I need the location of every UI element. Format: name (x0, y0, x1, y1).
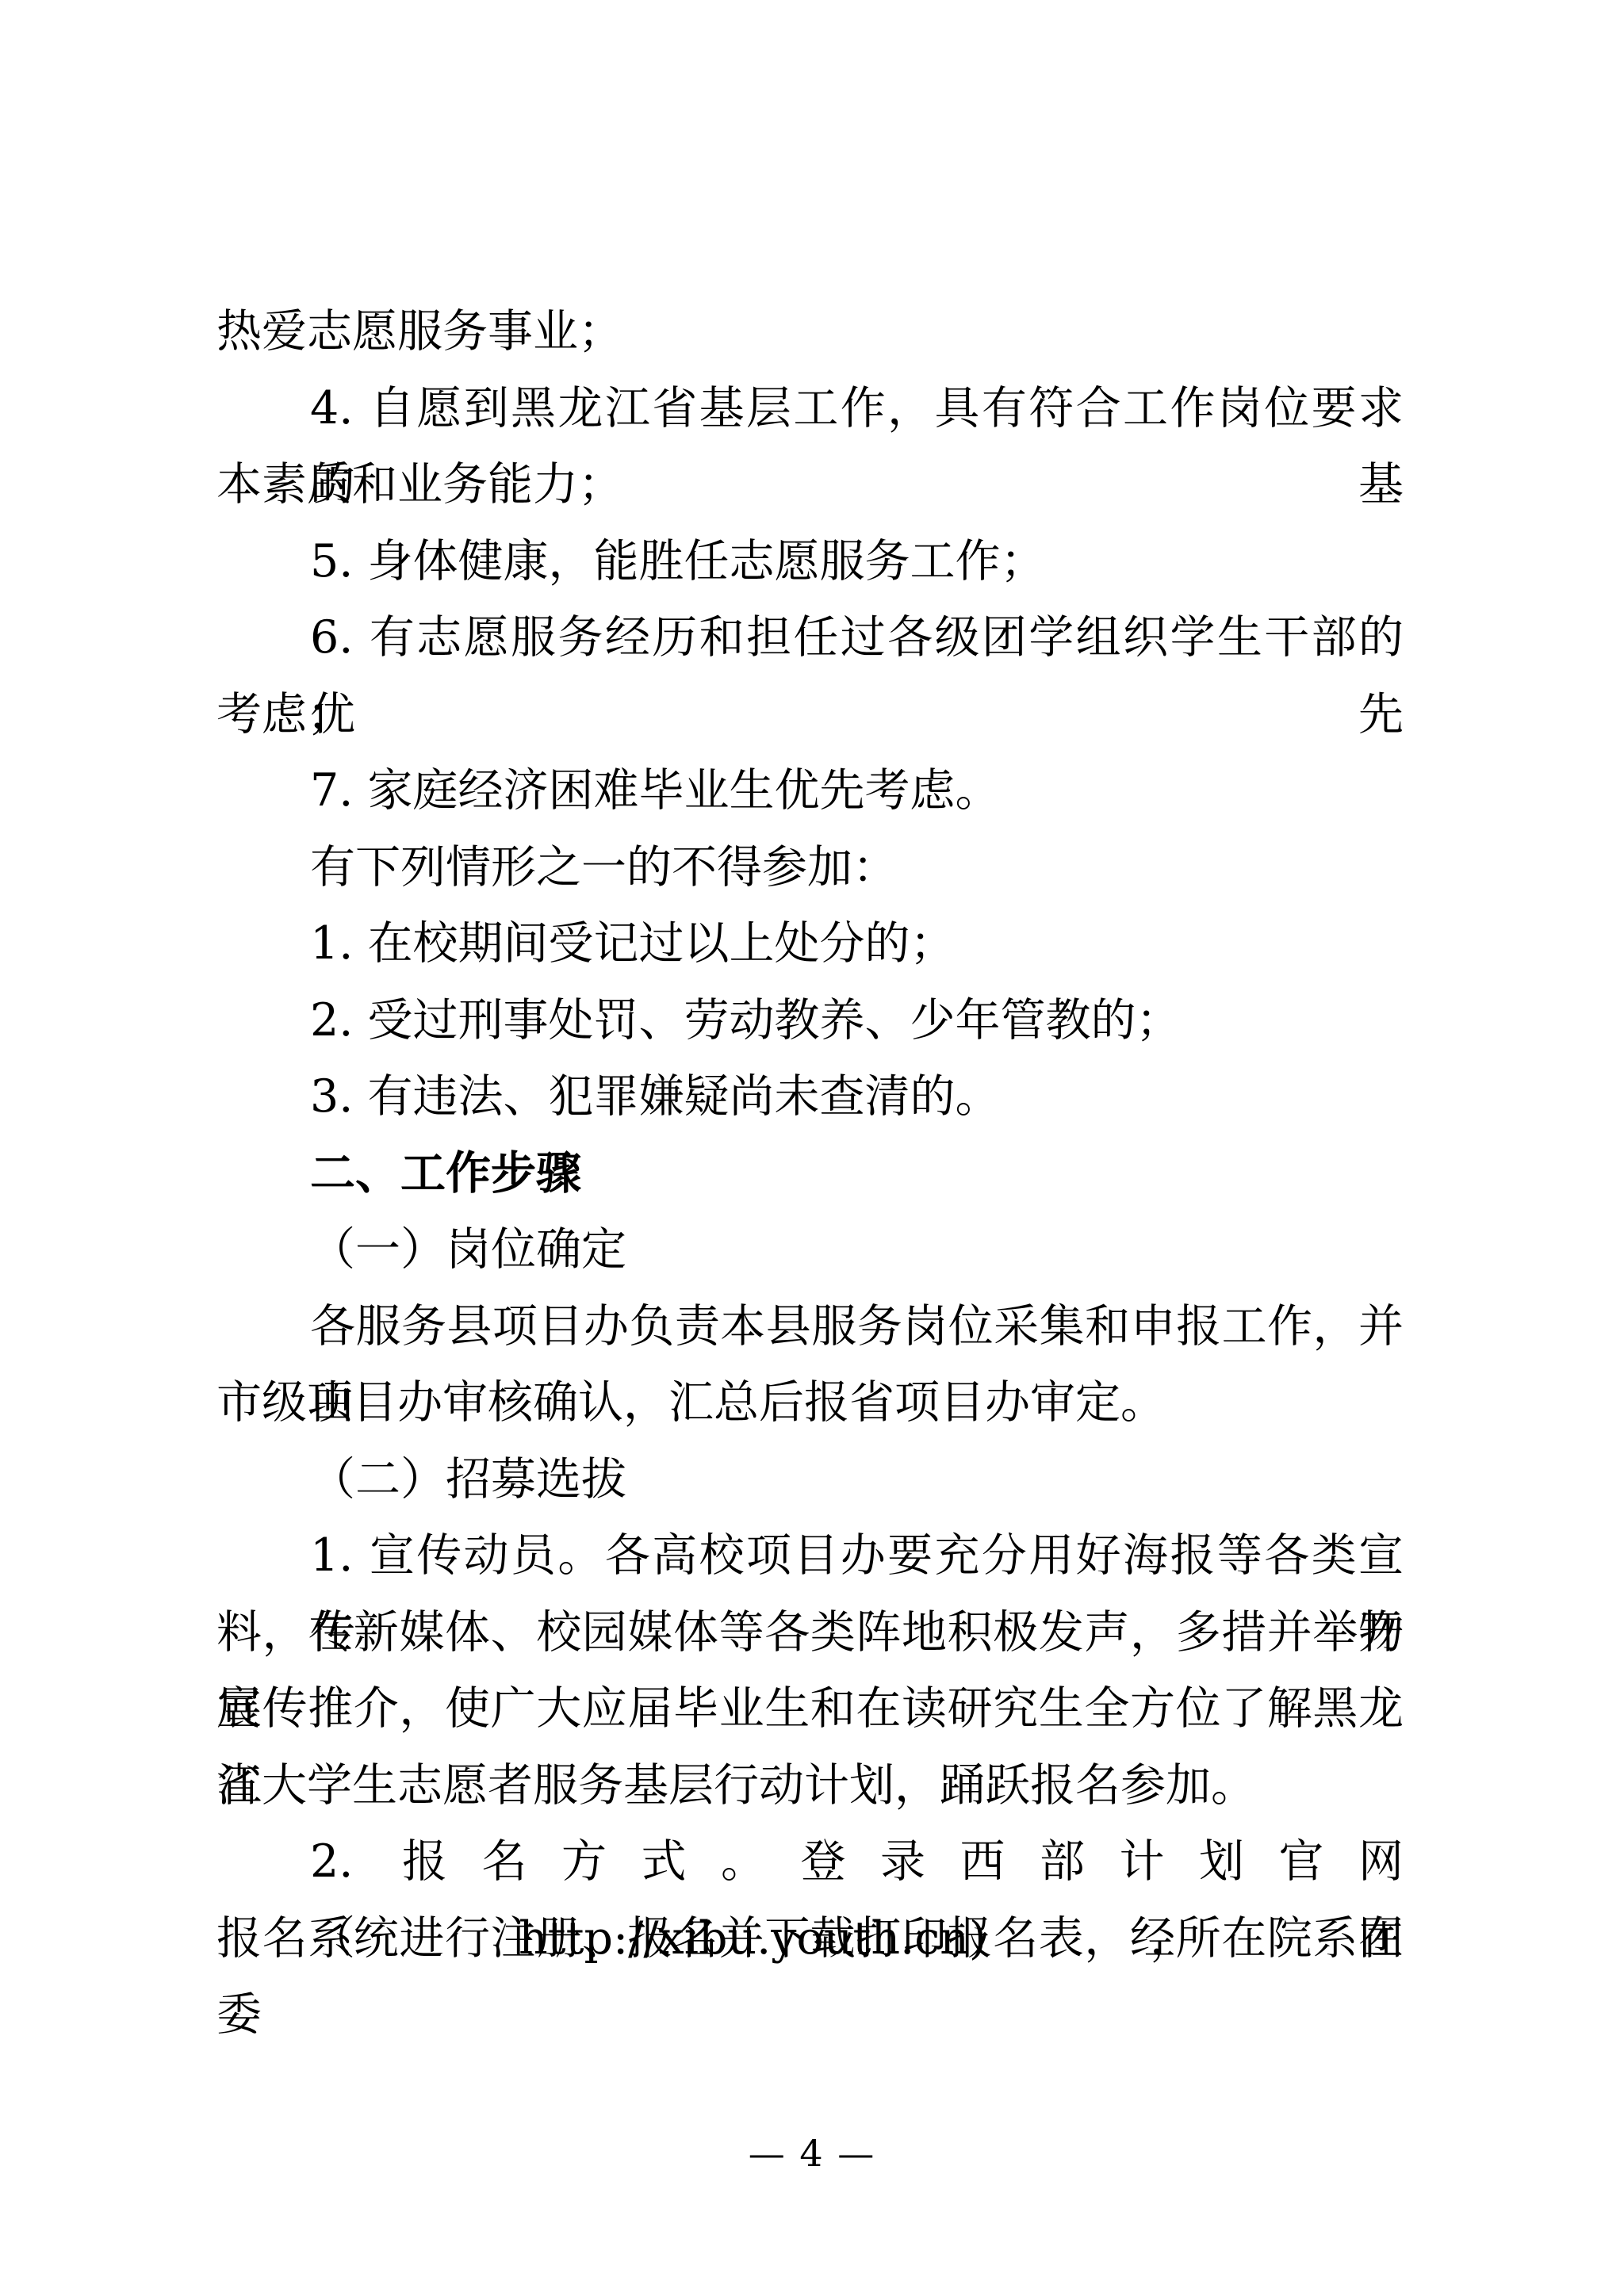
list-item-3: 3. 有违法、犯罪嫌疑尚未查清的。 (216, 1058, 1404, 1135)
list-item-4: 4. 自愿到黑龙江省基层工作，具有符合工作岗位要求的基 (216, 370, 1404, 447)
list-item-6: 6. 有志愿服务经历和担任过各级团学组织学生干部的优先 (216, 599, 1404, 676)
page-number: — 4 — (0, 2135, 1624, 2172)
body-line-continuation: 市级项目办审核确认，汇总后报省项目办审定。 (216, 1364, 1404, 1441)
list-item-1: 1. 宣传动员。各高校项目办要充分用好海报等各类宣传物 (216, 1517, 1404, 1594)
list-item-7: 7. 家庭经济困难毕业生优先考虑。 (216, 752, 1404, 829)
body-line-continuation: 报名系统进行注册、报名并下载打印报名表，经所在院系团委 (216, 1900, 1404, 1977)
list-item-2: 2. 报名方式。登录西部计划官网（http://xibu.youth.cn)，在 (216, 1823, 1404, 1900)
subsection-heading-2: （二）招募选拔 (216, 1441, 1404, 1518)
section-heading: 二、工作步骤 (216, 1135, 1404, 1212)
body-line-continuation: 宣传推介，使广大应届毕业生和在读研究生全方位了解黑龙江 (216, 1670, 1404, 1747)
body-line: 有下列情形之一的不得参加： (216, 829, 1404, 906)
body-line-continuation: 热爱志愿服务事业； (216, 293, 1404, 370)
list-item-5: 5. 身体健康，能胜任志愿服务工作； (216, 523, 1404, 600)
body-line: 各服务县项目办负责本县服务岗位采集和申报工作，并由 (216, 1288, 1404, 1365)
body-line-continuation: 料，在新媒体、校园媒体等各类阵地积极发声，多措并举开展 (216, 1594, 1404, 1671)
list-item-2: 2. 受过刑事处罚、劳动教养、少年管教的； (216, 982, 1404, 1059)
document-page: 热爱志愿服务事业；4. 自愿到黑龙江省基层工作，具有符合工作岗位要求的基本素质和… (0, 0, 1624, 2296)
text-block: 热爱志愿服务事业；4. 自愿到黑龙江省基层工作，具有符合工作岗位要求的基本素质和… (216, 293, 1404, 1976)
body-line-continuation: 省大学生志愿者服务基层行动计划，踊跃报名参加。 (216, 1747, 1404, 1824)
list-item-1: 1. 在校期间受记过以上处分的； (216, 905, 1404, 982)
subsection-heading-1: （一）岗位确定 (216, 1211, 1404, 1288)
